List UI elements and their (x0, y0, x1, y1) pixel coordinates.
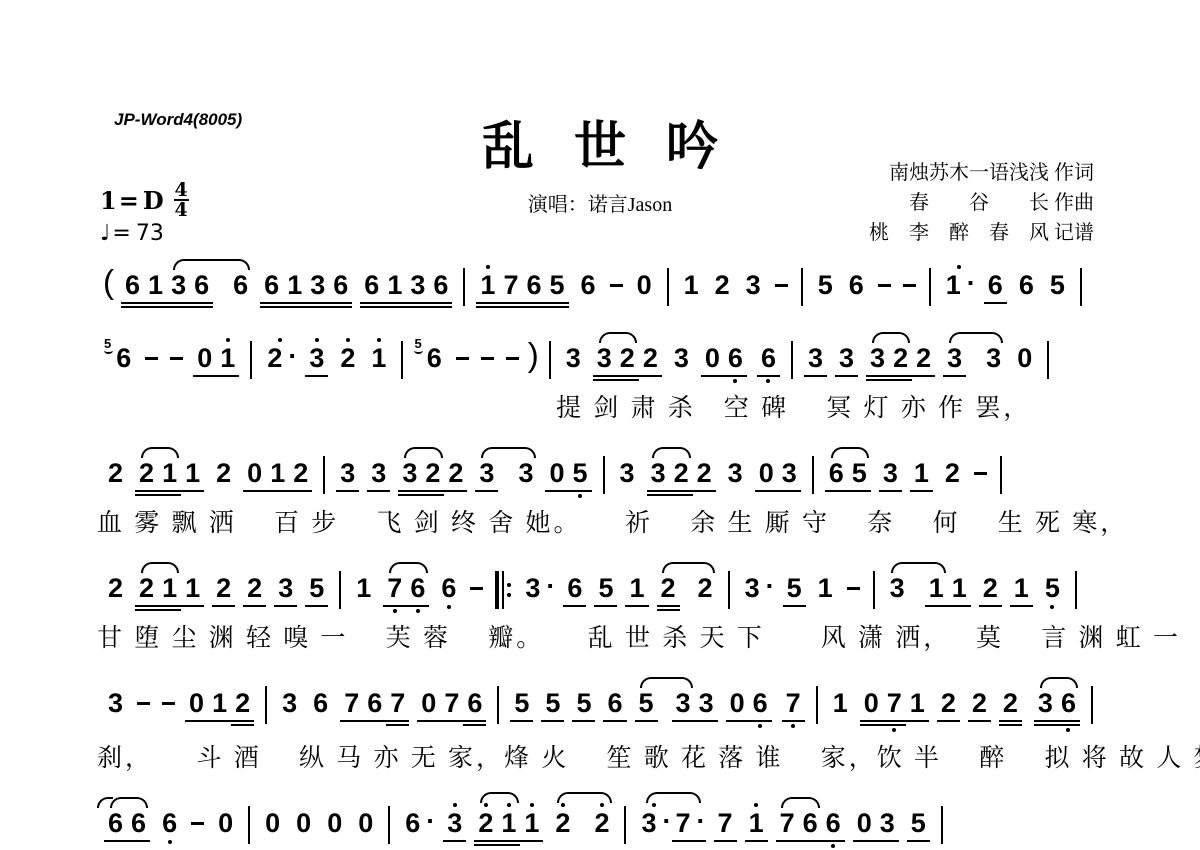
note-group: 1 (367, 331, 390, 385)
note-digit: 6 (190, 270, 213, 300)
barline (323, 456, 325, 494)
beam-lines (474, 838, 497, 846)
octave-below-area (546, 308, 569, 320)
note-group: 1 (829, 676, 852, 730)
beam-line (1034, 720, 1057, 722)
note-group: 3 (742, 258, 765, 312)
note-digit: 1 (266, 458, 289, 488)
repeat-begin-sign (495, 571, 511, 609)
note-group (468, 561, 485, 615)
note-digit-row: 3 (305, 343, 328, 373)
jianpu-note (168, 331, 185, 385)
beam-lines (383, 300, 406, 308)
note-digit: 2 (263, 343, 286, 373)
octave-above-area (782, 676, 805, 688)
note-group: 3 (616, 446, 639, 500)
note-digit: 6 (363, 688, 386, 718)
beam-lines (657, 603, 680, 611)
note-digit-row: 6 (309, 688, 332, 718)
octave-above-area (406, 258, 429, 270)
jianpu-note: 0 (261, 796, 284, 850)
octave-below-area (635, 722, 658, 734)
octave-above-area (968, 676, 991, 688)
octave-below-area (845, 300, 868, 312)
duration-dash (135, 688, 152, 718)
grace-note: 5 (414, 337, 421, 350)
octave-below-area (521, 603, 555, 615)
note-digit: 2 (243, 573, 266, 603)
note-group: 1 (1010, 561, 1033, 619)
note-digit-row: 3 (562, 343, 585, 373)
note-digit-row: 3· (521, 573, 555, 603)
dash-bar (137, 702, 150, 705)
note-digit: 6 (423, 343, 446, 373)
octave-above-area (562, 331, 585, 343)
octave-below-area (104, 373, 135, 385)
jianpu-note (773, 258, 790, 312)
jianpu-note: 1 (829, 676, 852, 730)
lyrics-line-2: 血 雾 飘 洒 百 步 飞 剑 终 舍 她。 祈 余 生 厮 守 奈 何 生 死… (97, 503, 1128, 539)
note-group: 067 (726, 676, 805, 734)
note-digit: 6 (127, 808, 150, 838)
note-digit: 3 (637, 808, 660, 838)
octave-below-area (127, 842, 150, 850)
jianpu-note (479, 331, 496, 385)
octave-below-area (982, 373, 1005, 385)
dash-bar (145, 357, 158, 360)
note-digit-row: 3 (778, 458, 801, 488)
octave-below-area (231, 726, 254, 738)
note-digit-row: 2· (263, 343, 297, 373)
note-group: 0 (323, 796, 346, 850)
jianpu-note (143, 331, 160, 385)
key-scale-degree: 1 (100, 186, 117, 215)
note-digit: 1 (383, 270, 406, 300)
octave-above-area (289, 446, 312, 458)
octave-above-area (323, 796, 346, 808)
octave-dot (416, 609, 420, 613)
octave-below-area (229, 300, 252, 312)
note-group: 0 (1013, 331, 1036, 385)
note-group (168, 331, 185, 385)
jianpu-note: 2 (444, 446, 467, 508)
note-digit-row: 3 (443, 808, 466, 838)
note-group (160, 676, 177, 730)
jianpu-note: 1 (745, 796, 768, 850)
octave-above-area (670, 331, 693, 343)
note-digit: 7 (883, 688, 906, 718)
note-digit-row: 5 (572, 688, 595, 718)
jianpu-note: 56 (104, 331, 135, 385)
octave-above-area (266, 446, 289, 458)
note-digit-row: 0 (193, 343, 216, 373)
jianpu-note: 5 (1041, 561, 1064, 615)
note-digit-row: 0 (354, 808, 377, 838)
tie-arc (404, 447, 443, 458)
octave-below-area (745, 842, 768, 850)
octave-above-area (367, 446, 390, 458)
note-digit-row: 0 (261, 808, 284, 838)
credit-composer: 春 谷 长 作曲 (869, 188, 1094, 218)
octave-above-area (352, 561, 375, 573)
note-group: 6 (158, 796, 181, 850)
note-digit-row: 2 (694, 573, 717, 603)
note-digit-row: 3 (514, 458, 537, 488)
octave-below-area (283, 308, 306, 320)
note-digit: 5 (572, 688, 595, 718)
note-digit: 6 (260, 270, 283, 300)
note-digit: 3 (367, 458, 390, 488)
key-signature: 1 = D 4 4 (100, 182, 189, 218)
note-digit-row: 6 (127, 808, 150, 838)
beam-lines (398, 488, 421, 496)
note-digit-row: 6 (724, 343, 747, 373)
octave-above-area (755, 446, 778, 458)
note-digit: 3 (398, 458, 421, 488)
jianpu-note: 1 (352, 561, 375, 615)
jianpu-note: 2· (263, 331, 297, 385)
note-digit: 1 (520, 808, 543, 838)
note-group: 2 (336, 331, 359, 385)
beam-line (167, 302, 190, 304)
octave-dot (831, 844, 835, 848)
jianpu-note: 3 (305, 331, 328, 389)
augmentation-dot: · (426, 808, 435, 834)
augmentation-dot: · (546, 573, 555, 599)
octave-above-area (693, 446, 716, 458)
note-digit: 3 (879, 458, 902, 488)
note-digit: 3 (1034, 688, 1057, 718)
note-digit-row: 6 (799, 808, 822, 838)
note-digit: 3 (443, 808, 466, 838)
note-digit-row: 7 (883, 688, 906, 718)
octave-above-area (193, 331, 216, 343)
note-digit-row: 1 (367, 343, 390, 373)
note-digit-row: 3 (306, 270, 329, 300)
octave-above-area (835, 331, 858, 343)
note-digit-row: 1 (266, 458, 289, 488)
music-line-3: 22112012333223305332230365312 (100, 446, 1009, 508)
beam-line (999, 720, 1022, 722)
jianpu-note: 1 (497, 796, 520, 850)
note-digit: 0 (545, 458, 568, 488)
octave-above-area (510, 676, 533, 688)
note-group: 5 (541, 676, 564, 734)
note-digit: 7 (340, 688, 363, 718)
jianpu-note: 2 (693, 446, 716, 508)
octave-above-area (853, 796, 876, 808)
octave-above-area (305, 331, 328, 343)
note-digit-row: 2 (421, 458, 444, 488)
note-digit-row: 6 (822, 808, 845, 838)
note-digit: 1 (906, 688, 929, 718)
octave-above-area (822, 796, 845, 808)
note-group: 3 (278, 676, 301, 730)
beam-line (463, 720, 486, 722)
lyrics-line-1: 提 剑 肃 杀 空 碑 冥 灯 亦 作 罢， (556, 388, 1031, 424)
note-digit: 2 (711, 270, 734, 300)
barline (941, 806, 943, 844)
note-digit-row: 2 (444, 458, 467, 488)
note-group (135, 676, 152, 730)
note-group: 6· (401, 796, 435, 850)
octave-above-area (1015, 258, 1038, 270)
note-digit-row: 3 (593, 343, 616, 373)
note-digit: 3 (778, 458, 801, 488)
barline (463, 268, 465, 306)
octave-below-area (437, 603, 460, 615)
jianpu-note: 2 (912, 331, 935, 393)
note-digit-row: 1 (520, 808, 543, 838)
octave-below-area (214, 838, 237, 850)
tie-arc (141, 562, 180, 573)
note-digit-row: 3 (866, 343, 889, 373)
octave-below-area (476, 308, 499, 320)
octave-above-area (876, 258, 893, 270)
octave-below-area (386, 726, 409, 738)
octave-below-area (972, 488, 989, 500)
octave-above-area (121, 258, 144, 270)
note-group: 2 (979, 561, 1002, 619)
note-digit-row: 56 (414, 343, 445, 373)
barline (401, 341, 403, 379)
octave-below-area (406, 308, 429, 320)
note-digit-row: 2 (937, 688, 960, 718)
note-digit: 1 (910, 458, 933, 488)
beam-line (406, 302, 429, 304)
note-digit: 1 (948, 573, 971, 603)
note-digit-row: 6 (563, 573, 586, 603)
lyrics-line-4: 刹， 斗 酒 纵 马 亦 无 家，烽 火 笙 歌 花 落 谁 家，饮 半 醉 拟… (97, 738, 1200, 774)
beam-line (866, 375, 889, 377)
tie-arc (831, 447, 870, 458)
repeat-thin-bar (502, 571, 504, 609)
octave-below-area (417, 722, 440, 734)
octave-below-area (608, 300, 625, 312)
octave-dot (486, 265, 490, 269)
octave-below-area (340, 722, 363, 734)
octave-above-area (577, 258, 600, 270)
octave-below-area (135, 718, 152, 730)
jianpu-note (504, 331, 521, 385)
note-digit-row: 6 (437, 573, 460, 603)
beam-lines (121, 300, 144, 308)
note-digit-row: 3 (982, 343, 1005, 373)
note-digit-row: 2 (231, 688, 254, 718)
jianpu-note: 3 (876, 796, 899, 850)
jianpu-note: 6 (822, 796, 845, 850)
jianpu-note: 2 (999, 676, 1022, 738)
jianpu-note: 6· (401, 796, 435, 850)
octave-below-area (383, 308, 406, 320)
note-group: 211 (135, 446, 204, 508)
octave-below-area (468, 603, 485, 615)
note-digit-row: 7 (499, 270, 522, 300)
tie-arc (652, 447, 691, 458)
note-digit-row: 2 (135, 458, 158, 488)
note-digit-row: 2 (243, 573, 266, 603)
jianpu-note: 1 (910, 446, 933, 504)
note-digit-row: 6 (158, 808, 181, 838)
note-digit: 6 (104, 808, 127, 838)
octave-below-area (886, 603, 909, 615)
beam-line (421, 490, 444, 492)
note-group: 6 (563, 561, 586, 619)
barline (497, 686, 499, 724)
beam-line (546, 302, 569, 304)
note-digit-row (468, 573, 485, 603)
note-digit: 2 (336, 343, 359, 373)
octave-above-area (386, 676, 409, 688)
note-digit: 2 (999, 688, 1022, 718)
note-group: 2 (104, 561, 127, 615)
note-digit: 2 (889, 343, 912, 373)
octave-above-area (189, 796, 206, 808)
note-digit: 6 (563, 573, 586, 603)
note-digit-row: 1 (948, 573, 971, 603)
barline (1075, 571, 1077, 609)
note-digit-row: 1· (942, 270, 976, 300)
note-group: 61366 (121, 258, 252, 320)
jianpu-note: 7 (440, 676, 463, 738)
note-digit: 1 (158, 458, 181, 488)
jianpu-note: 6 (158, 796, 181, 850)
octave-dot (507, 803, 511, 807)
note-group: 533 (635, 676, 718, 734)
note-group: 1 (680, 258, 703, 312)
octave-below-area (360, 308, 383, 320)
octave-below-area (726, 722, 749, 734)
octave-above-area (274, 561, 297, 573)
octave-dot (484, 803, 488, 807)
note-digit-row: 2 (968, 688, 991, 718)
note-digit: 0 (243, 458, 266, 488)
octave-below-area (463, 726, 486, 738)
beam-line (135, 605, 158, 607)
note-digit: 2 (590, 808, 613, 838)
jianpu-note: 2 (336, 331, 359, 385)
jianpu-note: 6 (437, 561, 460, 615)
note-digit: 6 (749, 688, 772, 718)
note-digit-row: 2 (212, 458, 235, 488)
note-group: 211 (474, 796, 543, 850)
grace-note: 5 (104, 337, 111, 350)
jianpu-note: 2 (212, 446, 235, 500)
note-group: 2 (104, 446, 127, 500)
octave-below-area (670, 373, 693, 385)
note-digit-row: 3 (879, 458, 902, 488)
note-group: 767 (340, 676, 409, 738)
jianpu-note (160, 676, 177, 730)
jianpu-note: 3 (879, 446, 902, 504)
note-digit-row: 5 (814, 270, 837, 300)
note-digit: 5 (569, 458, 592, 488)
note-digit: 1 (1010, 573, 1033, 603)
dash-bar (481, 357, 494, 360)
octave-above-area (216, 331, 239, 343)
note-digit-row: 0 (545, 458, 568, 488)
note-group: 311 (886, 561, 971, 619)
octave-above-area (616, 446, 639, 458)
octave-above-area (104, 676, 127, 688)
note-digit: 5 (848, 458, 871, 488)
octave-dot (957, 265, 961, 269)
note-digit: 2 (212, 573, 235, 603)
note-digit: 2 (912, 343, 935, 373)
octave-above-area (367, 331, 390, 343)
octave-below-area (742, 300, 765, 312)
note-digit: 3 (167, 270, 190, 300)
note-digit-row (504, 343, 521, 373)
note-digit: 3 (593, 343, 616, 373)
beam-line (883, 720, 906, 722)
note-digit-row: 6 (749, 688, 772, 718)
barline (624, 806, 626, 844)
octave-above-area (603, 676, 626, 688)
note-group (608, 258, 625, 312)
barline (248, 806, 250, 844)
note-digit-row: 2 (104, 573, 127, 603)
note-digit-row: 7· (672, 808, 706, 838)
note-digit-row: 1 (283, 270, 306, 300)
music-line-5: 3012367670765556533067107122236 (100, 676, 1100, 738)
octave-below-area (190, 308, 213, 320)
octave-above-area (773, 258, 790, 270)
note-digit: 6 (112, 343, 135, 373)
note-digit-row: 0 (755, 458, 778, 488)
note-digit-row: 2 (693, 458, 716, 488)
beam-lines (167, 300, 190, 308)
note-digit: 2 (639, 343, 662, 373)
note-digit-row: 2 (912, 343, 935, 373)
jianpu-note: 7 (782, 676, 805, 734)
note-digit: 6 (825, 458, 848, 488)
octave-above-area (876, 796, 899, 808)
note-group: 5 (1041, 561, 1064, 615)
beam-lines (1034, 718, 1057, 726)
beam-line (647, 490, 670, 492)
note-digit: 6 (603, 688, 626, 718)
octave-below-area (143, 373, 160, 385)
octave-above-area (160, 676, 177, 688)
note-group: 5 (572, 676, 595, 734)
jianpu-note: 1 (383, 258, 406, 320)
octave-dot (578, 494, 582, 498)
jianpu-note: 3 (367, 446, 390, 504)
note-digit: 3 (804, 343, 827, 373)
jianpu-note: 6 (260, 258, 283, 320)
note-digit: 0 (292, 808, 315, 838)
note-digit: 7 (714, 808, 737, 838)
jianpu-note: 0 (214, 796, 237, 850)
note-digit: 2 (693, 458, 716, 488)
octave-below-area (776, 842, 799, 850)
song-title: 乱世吟 (442, 104, 758, 179)
time-signature: 4 4 (174, 182, 189, 218)
note-group: 1765 (476, 258, 568, 320)
jianpu-note: 1 (625, 561, 648, 619)
note-digit-row: 5 (510, 688, 533, 718)
note-digit: 3 (306, 270, 329, 300)
note-digit-row: 2 (104, 458, 127, 488)
octave-below-area (305, 377, 328, 389)
octave-below-area (883, 726, 906, 738)
jianpu-note: 1 (948, 561, 971, 619)
note-digit: 3 (305, 343, 328, 373)
octave-above-area (999, 676, 1022, 688)
octave-below-area (185, 722, 208, 734)
note-group: 2 (243, 561, 266, 619)
